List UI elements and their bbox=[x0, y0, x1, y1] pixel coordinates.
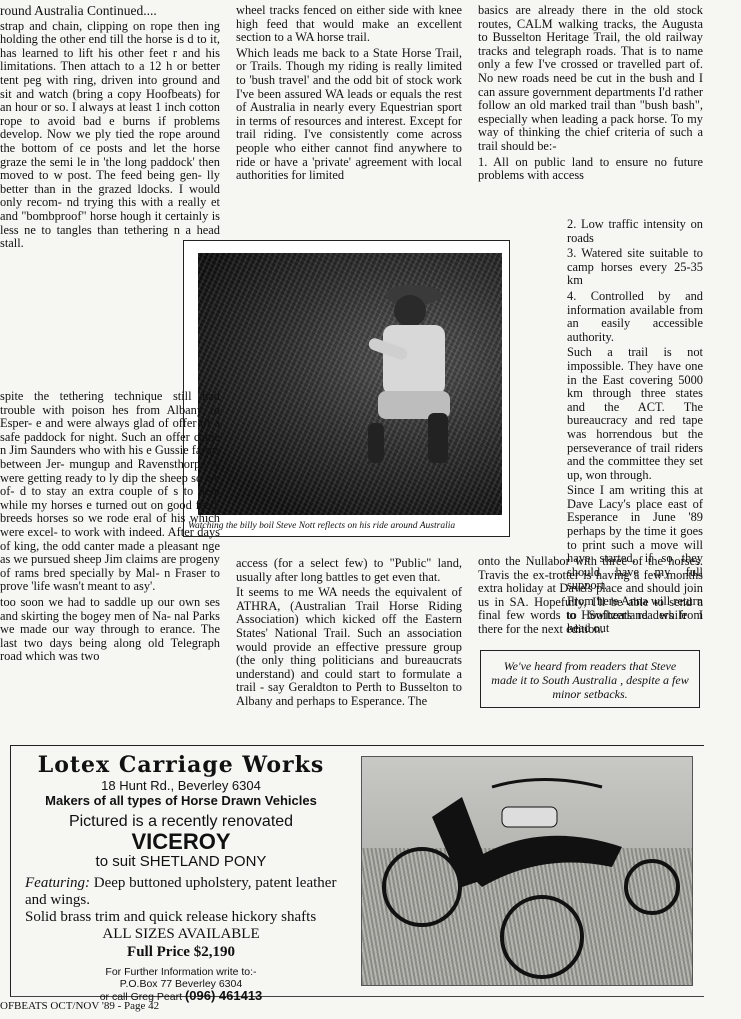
article-heading: round Australia Continued.... bbox=[0, 4, 220, 18]
paragraph: Which leads me back to a State Horse Tra… bbox=[236, 47, 462, 183]
ad-contact-line-1: For Further Information write to:- bbox=[11, 966, 351, 978]
article-column-3: basics are already there in the old stoc… bbox=[478, 4, 703, 183]
paragraph: onto the Nullabor with three of the hors… bbox=[478, 555, 703, 637]
list-item: 2. Low traffic intensity on roads bbox=[567, 218, 703, 245]
paragraph: Such a trail is not impossible. They hav… bbox=[567, 346, 703, 482]
ad-brand-name: Lotex Carriage Works bbox=[11, 752, 351, 778]
article-photo bbox=[198, 253, 502, 515]
paragraph: wheel tracks fenced on either side with … bbox=[236, 4, 462, 45]
list-item: 3. Watered site suitable to camp horses … bbox=[567, 247, 703, 288]
ad-model-name: VICEROY bbox=[11, 831, 351, 853]
ad-features: Featuring: Deep buttoned upholstery, pat… bbox=[11, 875, 351, 926]
callout-box: We've heard from readers that Steve made… bbox=[480, 650, 700, 708]
paragraph: spite the tethering technique still had … bbox=[0, 390, 220, 594]
article-column-2: wheel tracks fenced on either side with … bbox=[236, 4, 462, 183]
list-item: 4. Controlled by and information availab… bbox=[567, 290, 703, 344]
article-photo-frame: Watching the billy boil Steve Nott refle… bbox=[183, 240, 510, 537]
paragraph: access (for a select few) to "Public" la… bbox=[236, 557, 462, 584]
carriage-advertisement: Lotex Carriage Works 18 Hunt Rd., Beverl… bbox=[10, 745, 704, 997]
ad-price: Full Price $2,190 bbox=[11, 942, 351, 962]
ad-sizes: ALL SIZES AVAILABLE bbox=[11, 926, 351, 942]
photo-caption: Watching the billy boil Steve Nott refle… bbox=[188, 521, 506, 531]
paragraph: It seems to me WA needs the equivalent o… bbox=[236, 586, 462, 708]
article-column-2-bottom: access (for a select few) to "Public" la… bbox=[236, 557, 462, 709]
ad-suit: to suit SHETLAND PONY bbox=[11, 853, 351, 871]
paragraph: strap and chain, clipping on rope then i… bbox=[0, 20, 220, 251]
man-with-billy-illustration bbox=[348, 273, 478, 483]
paragraph: 1. All on public land to ensure no futur… bbox=[478, 156, 703, 183]
article-column-1: round Australia Continued.... strap and … bbox=[0, 4, 220, 251]
ad-trim: Solid brass trim and quick release hicko… bbox=[25, 909, 316, 925]
ad-address: 18 Hunt Rd., Beverley 6304 bbox=[11, 778, 351, 793]
ad-phone: (096) 461413 bbox=[185, 988, 262, 1003]
carriage-photo bbox=[361, 756, 693, 986]
paragraph: too soon we had to saddle up our own ses… bbox=[0, 596, 220, 664]
ad-contact: For Further Information write to:- P.O.B… bbox=[11, 966, 351, 1003]
ad-featuring-label: Featuring: bbox=[25, 875, 90, 891]
carriage-illustration bbox=[362, 757, 692, 985]
ad-text-block: Lotex Carriage Works 18 Hunt Rd., Beverl… bbox=[11, 746, 351, 1003]
article-column-1-bottom: spite the tethering technique still had … bbox=[0, 390, 220, 664]
paragraph: basics are already there in the old stoc… bbox=[478, 4, 703, 154]
page-footer: OFBEATS OCT/NOV '89 - Page 42 bbox=[0, 1000, 159, 1012]
article-column-3-bottom: onto the Nullabor with three of the hors… bbox=[478, 555, 703, 637]
ad-makers: Makers of all types of Horse Drawn Vehic… bbox=[11, 793, 351, 808]
ad-contact-line-2: P.O.Box 77 Beverley 6304 bbox=[11, 978, 351, 990]
